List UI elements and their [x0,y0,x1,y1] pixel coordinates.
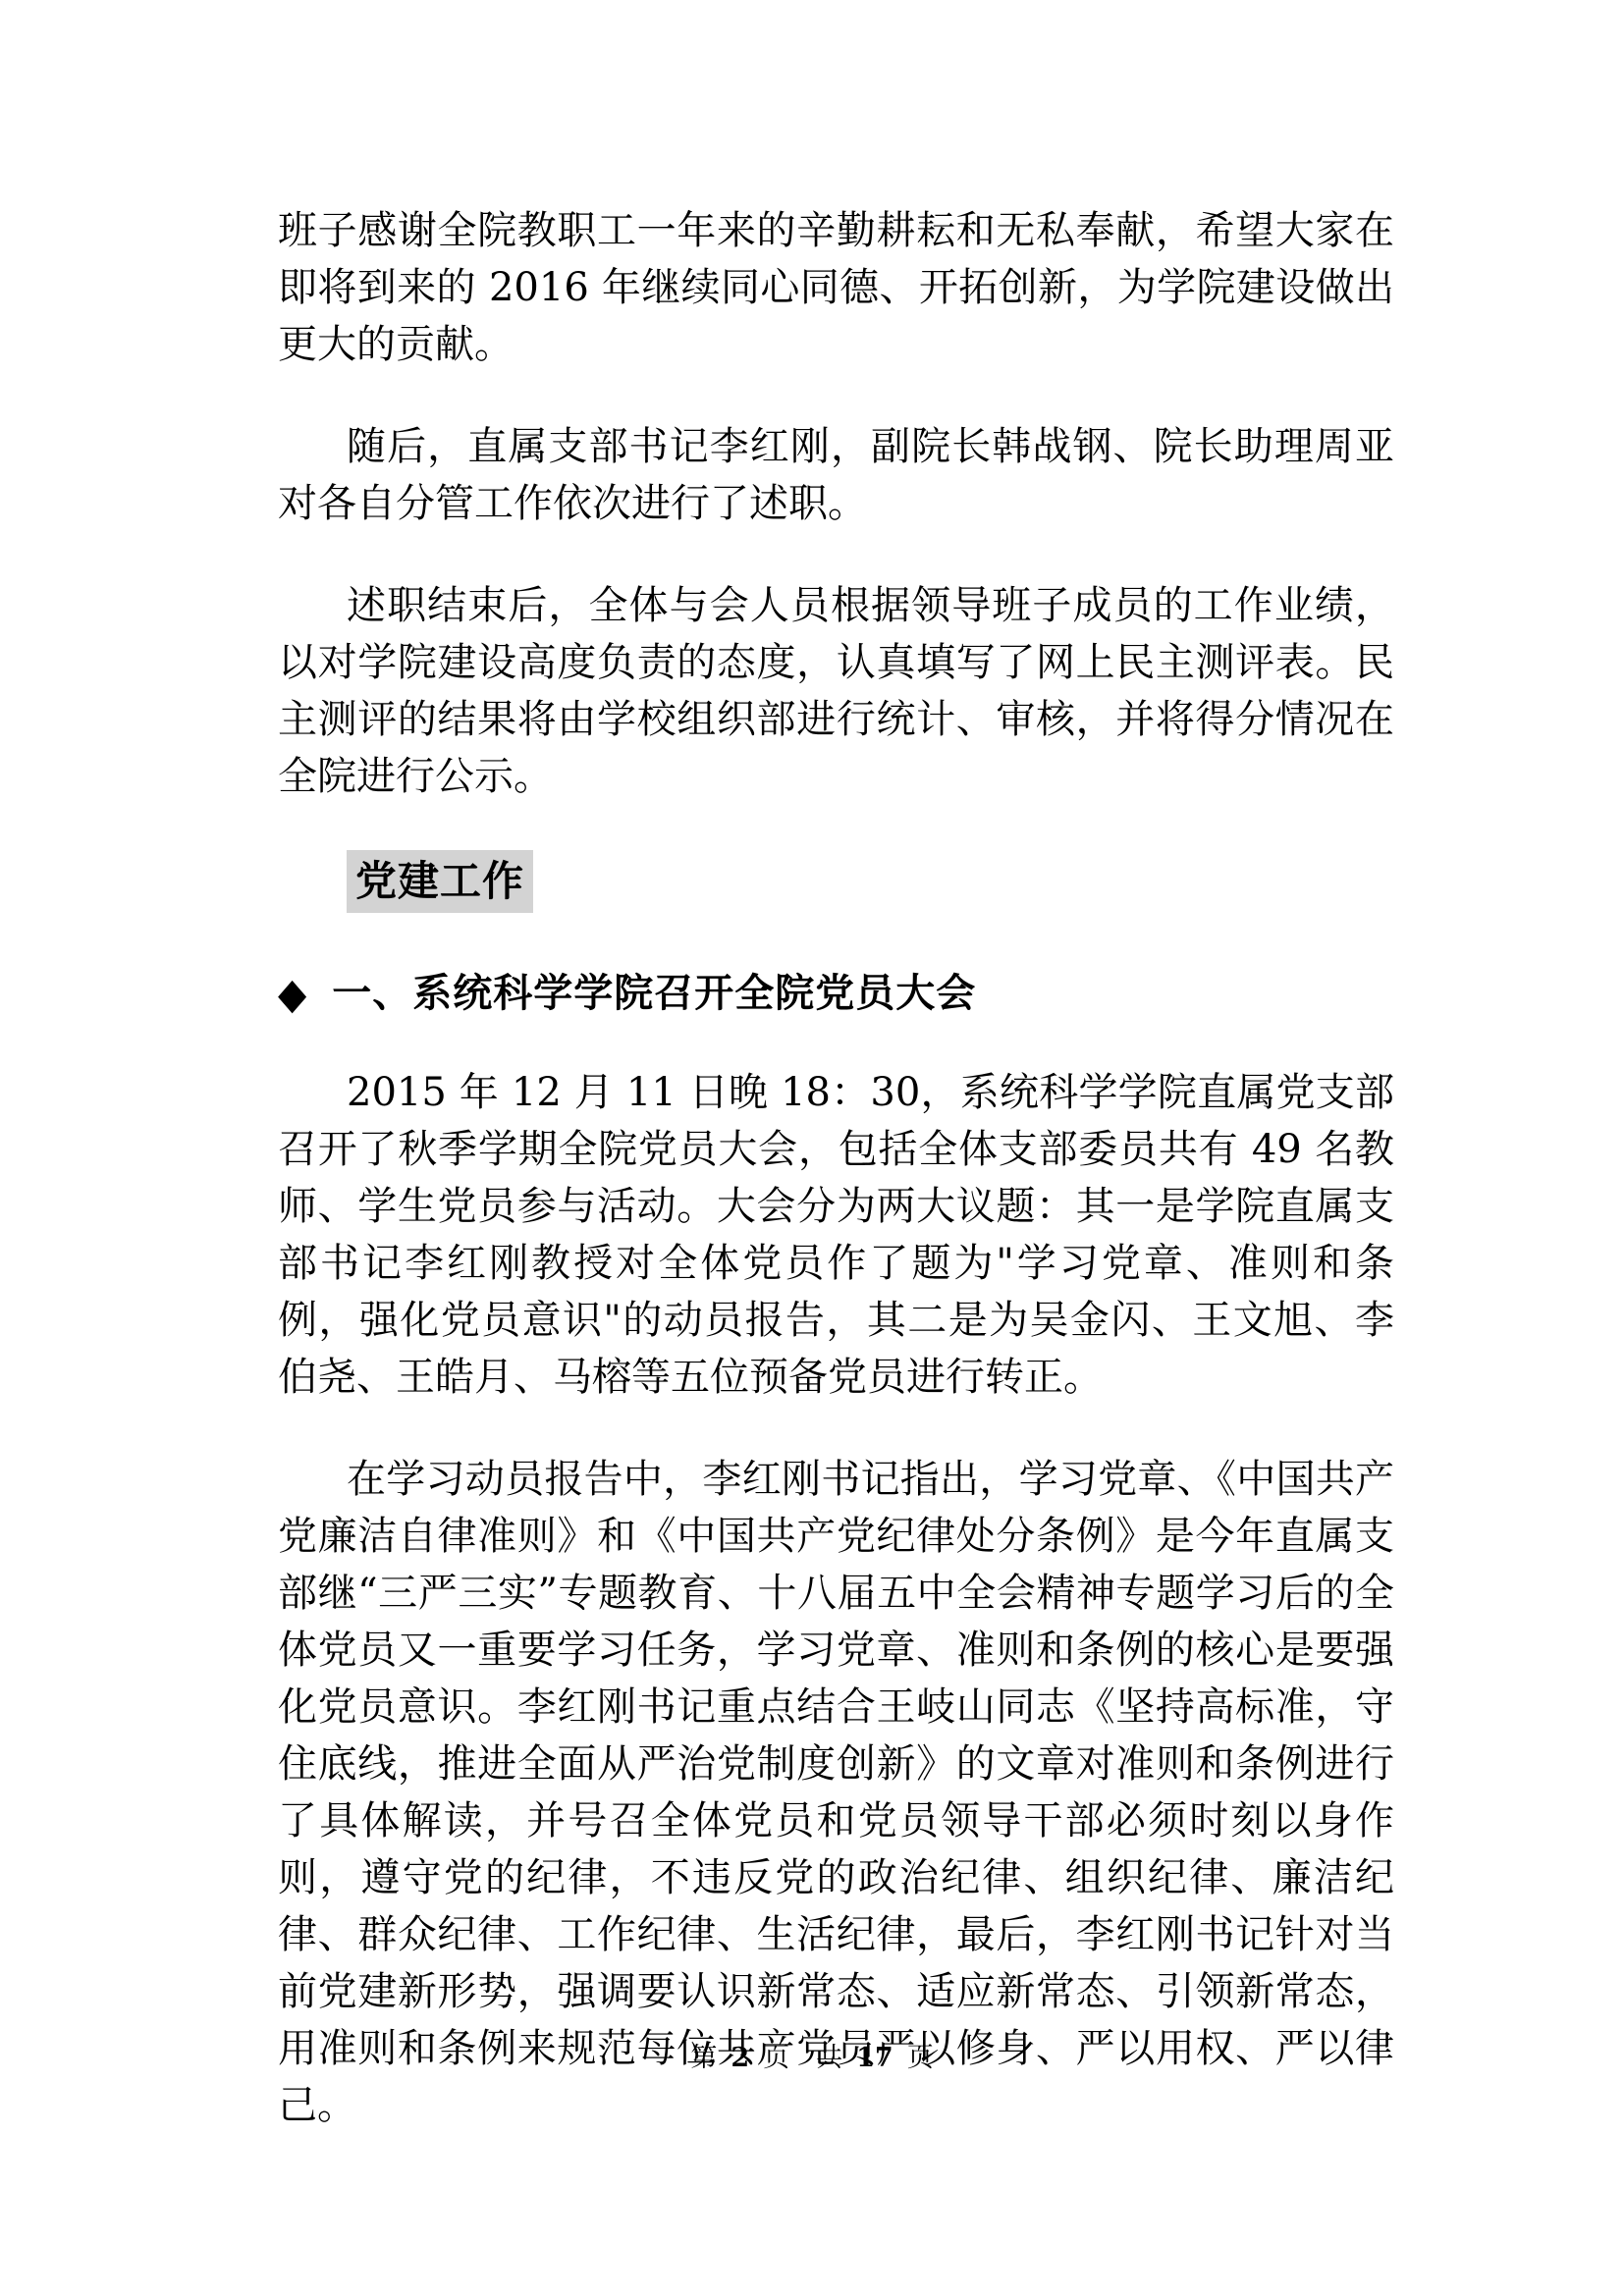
item-heading-row: ◆一、系统科学学院召开全院党员大会 [278,972,1394,1015]
section-heading-row: 党建工作 [347,850,1394,913]
footer-total-label: 页 [907,2043,934,2073]
footer-page-number: 2 [731,2043,749,2073]
paragraph-democratic-evaluation: 述职结束后，全体与会人员根据领导班子成员的工作业绩，以对学院建设高度负责的态度，… [278,577,1394,805]
paragraph-leaders-report: 随后，直属支部书记李红刚，副院长韩战钢、院长助理周亚对各自分管工作依次进行了述职… [278,418,1394,532]
paragraph-thanks-staff: 班子感谢全院教职工一年来的辛勤耕耘和无私奉献，希望大家在即将到来的 2016 年… [278,202,1394,373]
footer-page-label: 页 [763,2043,789,2073]
page-footer: 第2页共17页 [0,2042,1624,2075]
footer-page-prefix: 第 [690,2043,717,2073]
diamond-bullet-icon: ◆ [278,969,306,1019]
paragraph-study-mobilization: 在学习动员报告中，李红刚书记指出，学习党章、《中国共产党廉洁自律准则》和《中国共… [278,1451,1394,2134]
document-body: 班子感谢全院教职工一年来的辛勤耕耘和无私奉献，希望大家在即将到来的 2016 年… [0,0,1624,2134]
item-heading-party-congress: 一、系统科学学院召开全院党员大会 [332,970,976,1016]
section-heading-party-building: 党建工作 [347,850,533,913]
document-page: 班子感谢全院教职工一年来的辛勤耕耘和无私奉献，希望大家在即将到来的 2016 年… [0,0,1624,2296]
paragraph-meeting-overview: 2015 年 12 月 11 日晚 18：30，系统科学学院直属党支部召开了秋季… [278,1064,1394,1406]
footer-total-number: 17 [856,2043,893,2073]
footer-total-prefix: 共 [816,2043,842,2073]
